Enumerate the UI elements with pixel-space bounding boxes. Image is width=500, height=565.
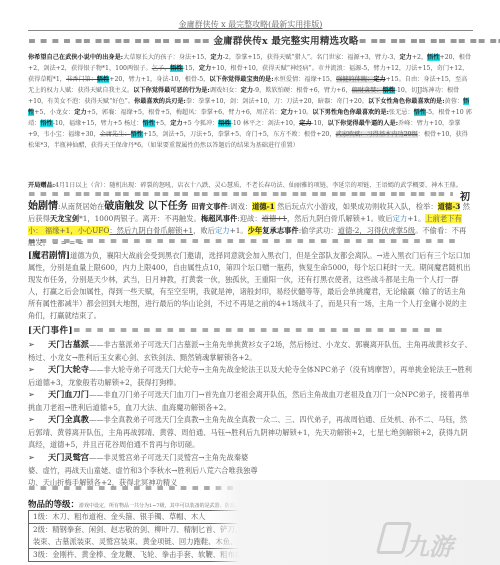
event-heading: 复承志事件 — [262, 226, 298, 235]
separator: = = = = = = = = = = = = = = = = = = = = … — [73, 326, 443, 336]
highlight: 悟性 — [170, 65, 182, 72]
strikethrough-text: 书香门第： — [66, 76, 97, 83]
text: 拳：拳掌+10，剑：剑法+10，刀：刀法+20，暗器：奇门+20。 — [186, 98, 368, 105]
tianmen-event: ➢天门大轮寺——非大轮寺弟子可选天门大轮寺→主角先战金轮法王以及大轮寺全体NPC… — [28, 363, 473, 389]
text: +5，郭襄：福缘+5，根骨+5，梅超风：拳掌+6，臂力+6，周芷若： — [87, 109, 281, 116]
question-female-label: 以下女性角色你最喜欢的是: — [368, 98, 445, 105]
story-heading: 破庙触发 — [104, 201, 144, 212]
question-hateful-label: 以下你觉得最可恶的行为是: — [133, 87, 210, 94]
separator: = = = = = = = = = = = = = = = = = = = = … — [28, 237, 473, 247]
highlight: 道德-1 — [252, 202, 275, 211]
question-origin-label: 你希望自己在武侠小说中的出身是: — [28, 54, 123, 61]
text: *1，1000两银子。离开：不再触发。 — [79, 214, 201, 223]
section-text: 道德为负，襄阳大战前会受到黑衣门邀请，选择同意就会加入黑衣门，但是全部队友都会离… — [28, 251, 470, 320]
arrow-bullet-icon: ➢ — [28, 339, 48, 352]
question-awesome-label: 以下你觉得最牛逼的人是: — [328, 120, 398, 127]
text: -15， — [183, 65, 199, 72]
headline: = = = = == == == == == == == 金庸群侠传x 最完整实… — [28, 33, 473, 47]
watermark-logo: 九游 — [405, 527, 453, 562]
text: +20，臂力+1，身法-10，根骨-5， — [109, 76, 209, 83]
text: +15，剑法+5，刀法+5，拳掌+5，奇门+5，东方不败：根骨+20， — [143, 131, 336, 138]
arrow-bullet-icon: ➢ — [28, 452, 48, 465]
text: 定力 — [373, 76, 385, 83]
event-heading: 梅超风事件 — [201, 214, 237, 223]
opening-gift-text: 4月1日以上（含）：随机出现：碎裂的怒吼、店衣十八跌、灵心慧质、不老长春功法、仙… — [55, 182, 462, 189]
strikethrough-text: 强健的体魄： — [336, 76, 373, 83]
question-treasure-label: 以下你觉得最宝贵的是: — [209, 76, 273, 83]
text: ，然后九阴白骨爪解锁+1。败后 — [287, 214, 393, 223]
opening-gift-label: 开局赠品: — [28, 182, 55, 189]
text: -10， — [312, 120, 328, 127]
text: 定力 — [281, 109, 293, 116]
highlight: 悟性 — [131, 131, 143, 138]
text: ：然后九阴白骨爪解锁+1 — [109, 226, 193, 235]
event-title: 天门全真教 — [48, 414, 89, 424]
highlight: 悟性 — [383, 87, 395, 94]
event-text: ——非血刀门弟子可选天门血刀门→首先血刀老祖会离开队伍，然后主角战血刀老祖及血刀… — [28, 390, 470, 412]
question-weapon-label: 你最喜欢的兵刃是: — [134, 98, 186, 105]
intro-questions: 你希望自己在武侠小说中的出身是:大草原长大的孩子：身法+15，定力-2，拳掌+1… — [28, 52, 473, 151]
event-title: 天门古墓派 — [48, 339, 89, 349]
event-heading: 田青文事件 — [191, 202, 227, 211]
text: ，败后 — [193, 226, 215, 235]
strikethrough-text: 偏财贪婪： — [352, 87, 383, 94]
text: +1。 — [407, 214, 425, 223]
text: :迎战： — [237, 214, 261, 223]
strikethrough-text: 道德+1 — [262, 214, 287, 223]
highlight: 悟性 — [143, 120, 155, 127]
text: +1。 — [230, 226, 248, 235]
strikethrough-text: 乞子， — [152, 65, 171, 72]
highlight: 悟性 — [427, 54, 439, 61]
text: 然后玩点穴小游戏，如果成功则收其入队，检举： — [275, 202, 438, 211]
items-title: 物品的等级： — [28, 500, 79, 510]
text: 定力 — [199, 65, 211, 72]
event-title: 天门大轮寺 — [48, 364, 89, 374]
highlight: 悟性 — [97, 76, 109, 83]
text: 定力 — [241, 87, 253, 94]
tianmen-event: ➢天门血刀门——非血刀门弟子可选天门血刀门→首先血刀老祖会离开队伍，然后主角战血… — [28, 388, 473, 414]
text: 定力 — [299, 120, 311, 127]
text: :偷学武功： — [299, 226, 338, 235]
arrow-bullet-icon: ➢ — [28, 389, 48, 402]
title-divider — [28, 30, 473, 31]
event-title: 天门灵鹫宫 — [48, 452, 89, 462]
event-heading: 少年 — [248, 226, 263, 235]
arrow-bullet-icon: ➢ — [28, 414, 48, 427]
event-text: ——非大轮寺弟子可选天门大轮寺→主角先战金轮法王以及大轮寺全体NPC弟子（没有鸠… — [28, 365, 472, 387]
tianmen-event: ➢天门古墓派——非古墓派弟子可选天门古墓派→主角先单挑黄衫女子2场，然后杨过、小… — [28, 338, 473, 364]
section-heading: [魔君剧情] — [28, 251, 70, 261]
tianmen-event: ➢天门全真教——非全真教弟子可选天门全真教→主角先战全真教一众二、三、四代弟子，… — [28, 413, 473, 452]
event-text: ——非古墓派弟子可选天门古墓派→主角先单挑黄衫女子2场，然后杨过、小龙女、郭襄离… — [28, 340, 472, 362]
demon-lord-section: [魔君剧情]道德为负，襄阳大战前会受到黑衣门邀请，选择同意就会加入黑衣门，但是全… — [28, 250, 473, 322]
story-heading: 始剧情 — [28, 201, 58, 212]
section-heading: [天门事件] — [28, 326, 73, 336]
text: 以下任务 — [144, 201, 191, 212]
arrow-bullet-icon: ➢ — [28, 364, 48, 377]
text: 黄蓉： — [445, 98, 464, 105]
text: +5，小龙女： — [34, 109, 74, 116]
document-title[interactable]: 金庸群侠传 x 最完整攻略(最新实用排版) — [28, 19, 473, 30]
text: +2， — [412, 54, 427, 61]
item-name: 天龙宝剑 — [50, 214, 79, 223]
text: 永恒爱情：福缘+15， — [274, 76, 337, 83]
text: 定力 — [74, 109, 86, 116]
watermark-fade — [210, 480, 500, 565]
text: -10 林平之：剑法+10， — [231, 120, 299, 127]
text: 调戏妇女： — [210, 87, 241, 94]
separator: = = = = == == == == == == == == == == ==… — [28, 190, 453, 200]
highlight: 悟性 — [414, 109, 426, 116]
text: -2，拳掌+15，获得天赋“猎人”。名门世家：福源+3，臂力-3， — [223, 54, 400, 61]
highlight: 悟性 — [40, 120, 52, 127]
text: -9，欺软怕硬：根骨+6，臂力+6， — [253, 87, 352, 94]
text: 定力 — [170, 120, 182, 127]
highlight: 道德-3 — [438, 202, 461, 211]
text: 张无忌： — [389, 109, 414, 116]
event-text: ——非全真教弟子可选天门全真教→主角先战全真教一众二、三、四代弟子，再战周伯通、… — [28, 415, 468, 449]
text: 大草原长大的孩子：身法+15， — [123, 54, 210, 61]
text: 定力 — [399, 54, 411, 61]
tianmen-heading-row: [天门事件]= = = = = = = = = = = = = = = = = … — [28, 324, 473, 336]
event-title: 天门血刀门 — [48, 389, 89, 399]
text: :从南贤居始在 — [58, 202, 104, 211]
strikethrough-text: 武家欧斌：习得基本内功20级 — [336, 131, 418, 138]
text: 定力 — [215, 226, 230, 235]
text: :调戏： — [228, 202, 252, 211]
strikethrough-text: 金庸先生： — [100, 131, 131, 138]
text: +5， — [155, 120, 170, 127]
text: 定力 — [393, 214, 408, 223]
text: +5 令狐冲： — [183, 120, 219, 127]
question-male-label: 以下男性角色你最喜欢的是: — [312, 109, 389, 116]
text: 道德-2，习得伏虎掌5级 — [338, 226, 415, 235]
highlight: 悟性 — [218, 120, 230, 127]
text: +10。 — [293, 109, 312, 116]
text: -10，福缘+15，臂力+5 杨过： — [53, 120, 143, 127]
text: 定力 — [210, 54, 222, 61]
